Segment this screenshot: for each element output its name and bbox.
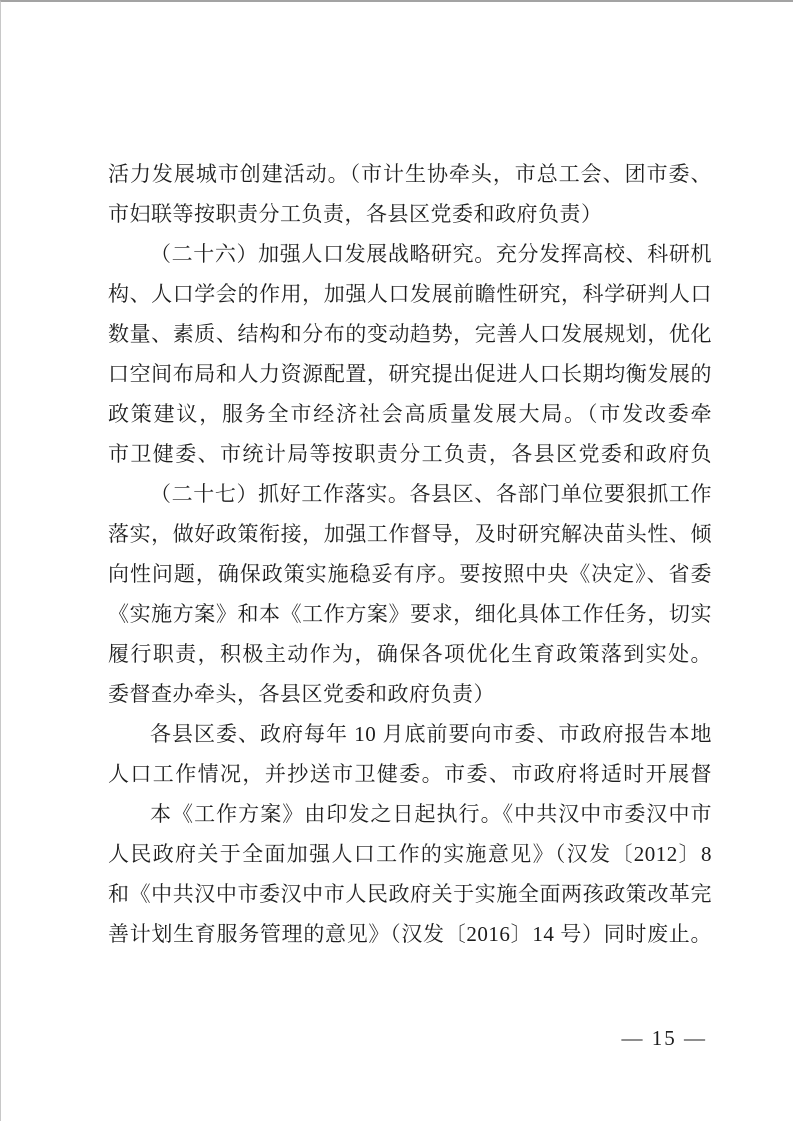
page-number: — 15 — [622, 1024, 708, 1052]
text-line: 人民政府关于全面加强人口工作的实施意见》（汉发〔2012〕8 号） [108, 834, 712, 874]
text-line: 数量、素质、结构和分布的变动趋势，完善人口发展规划，优化人 [108, 314, 712, 354]
text-line: 市妇联等按职责分工负责，各县区党委和政府负责） [108, 194, 712, 234]
text-line: 和《中共汉中市委汉中市人民政府关于实施全面两孩政策改革完 [108, 874, 712, 914]
text-line: 人口工作情况，并抄送市卫健委。市委、市政府将适时开展督查。 [108, 754, 712, 794]
text-line: 各县区委、政府每年 10 月底前要向市委、市政府报告本地区 [108, 714, 712, 754]
text-line: 活力发展城市创建活动。（市计生协牵头，市总工会、团市委、 [108, 154, 712, 194]
text-line: （二十六）加强人口发展战略研究。充分发挥高校、科研机 [108, 234, 712, 274]
text-line: 市卫健委、市统计局等按职责分工负责，各县区党委和政府负责） [108, 434, 712, 474]
text-line: 构、人口学会的作用，加强人口发展前瞻性研究，科学研判人口 [108, 274, 712, 314]
text-line: 向性问题，确保政策实施稳妥有序。要按照中央《决定》、省委 [108, 554, 712, 594]
document-body: 活力发展城市创建活动。（市计生协牵头，市总工会、团市委、市妇联等按职责分工负责，… [108, 154, 712, 954]
text-line: 《实施方案》和本《工作方案》要求，细化具体工作任务，切实 [108, 594, 712, 634]
text-line: 本《工作方案》由印发之日起执行。《中共汉中市委汉中市 [108, 794, 712, 834]
text-line: 善计划生育服务管理的意见》（汉发〔2016〕14 号）同时废止。 [108, 914, 712, 954]
document-page: 活力发展城市创建活动。（市计生协牵头，市总工会、团市委、市妇联等按职责分工负责，… [0, 0, 793, 1121]
text-line: 口空间布局和人力资源配置，研究提出促进人口长期均衡发展的 [108, 354, 712, 394]
text-line: 履行职责，积极主动作为，确保各项优化生育政策落到实处。（市 [108, 634, 712, 674]
text-line: 落实，做好政策衔接，加强工作督导，及时研究解决苗头性、倾 [108, 514, 712, 554]
text-line: 委督查办牵头，各县区党委和政府负责） [108, 674, 712, 714]
page-number-label: — 15 — [622, 1026, 708, 1050]
text-line: （二十七）抓好工作落实。各县区、各部门单位要狠抓工作 [108, 474, 712, 514]
text-line: 政策建议，服务全市经济社会高质量发展大局。（市发改委牵头， [108, 394, 712, 434]
